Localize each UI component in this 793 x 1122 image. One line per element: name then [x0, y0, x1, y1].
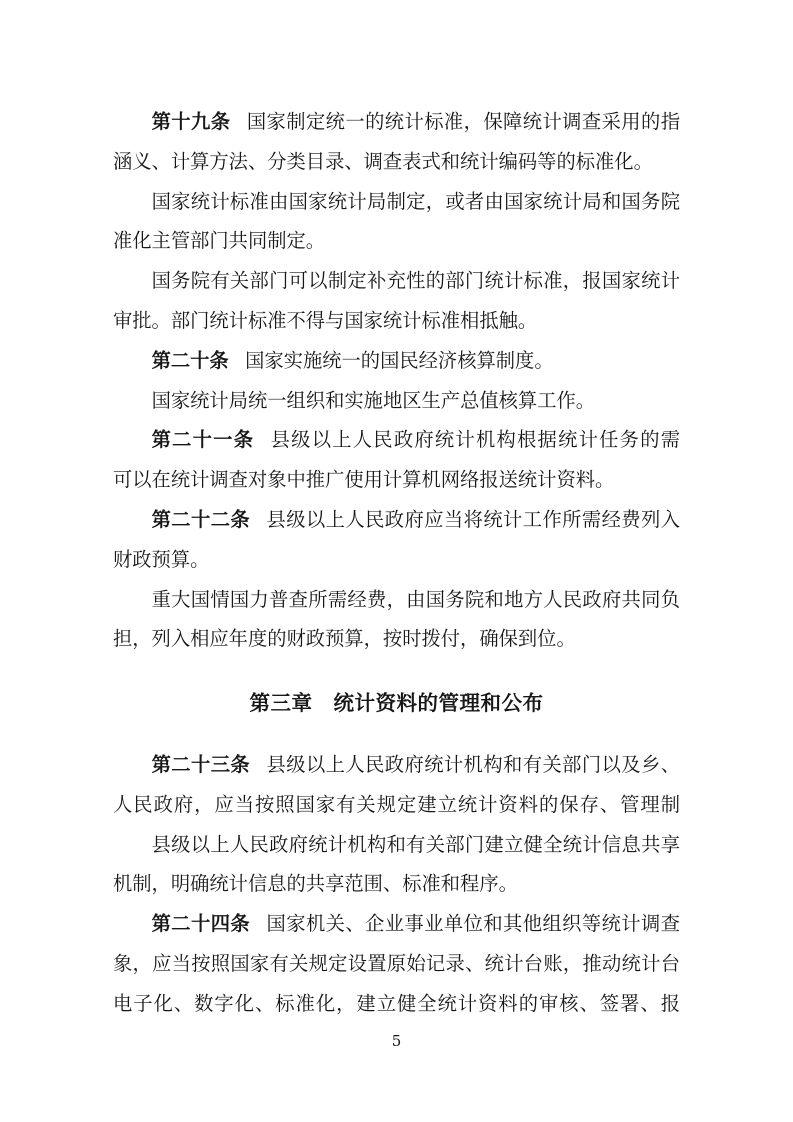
line-text: 重大国情国力普查所需经费，由国务院和地方人民政府共同负 — [152, 588, 680, 611]
text-line: 国务院有关部门可以制定补充性的部门统计标准，报国家统计局 — [113, 261, 680, 301]
line-text: 担，列入相应年度的财政预算，按时拨付，确保到位。 — [113, 627, 576, 650]
line-text: 人民政府，应当按照国家有关规定建立统计资料的保存、管理制度。 — [113, 793, 680, 825]
text-line: 准化主管部门共同制定。 — [113, 221, 680, 261]
text-line: 担，列入相应年度的财政预算，按时拨付，确保到位。 — [113, 619, 680, 659]
text-line: 第二十四条国家机关、企业事业单位和其他组织等统计调查对 — [113, 904, 680, 944]
document-body: 第十九条国家制定统一的统计标准，保障统计调查采用的指标涵义、计算方法、分类目录、… — [113, 102, 680, 1024]
line-text: 涵义、计算方法、分类目录、调查表式和统计编码等的标准化。 — [113, 150, 653, 173]
page-number: 5 — [0, 1030, 793, 1052]
text-line: 财政预算。 — [113, 540, 680, 580]
line-text: 审批。部门统计标准不得与国家统计标准相抵触。 — [113, 309, 537, 332]
text-line: 象，应当按照国家有关规定设置原始记录、统计台账，推动统计台账 — [113, 944, 680, 984]
line-text: 国家实施统一的国民经济核算制度。 — [245, 349, 554, 372]
line-text: 国家统计标准由国家统计局制定，或者由国家统计局和国务院标 — [113, 190, 680, 222]
article-number: 第二十一条 — [152, 428, 255, 451]
article-number: 第十九条 — [152, 110, 231, 133]
text-line: 第二十条国家实施统一的国民经济核算制度。 — [113, 341, 680, 381]
article-number: 第二十四条 — [152, 912, 251, 935]
document-page: 第十九条国家制定统一的统计标准，保障统计调查采用的指标涵义、计算方法、分类目录、… — [0, 0, 793, 1122]
line-text: 县级以上人民政府应当将统计工作所需经费列入 — [267, 508, 680, 531]
line-text: 国家统计局统一组织和实施地区生产总值核算工作。 — [152, 389, 595, 412]
text-line: 第二十三条县级以上人民政府统计机构和有关部门以及乡、镇 — [113, 745, 680, 785]
chapter-heading: 第三章 统计资料的管理和公布 — [113, 684, 680, 724]
line-text: 电子化、数字化、标准化，建立健全统计资料的审核、签署、报送、 — [113, 992, 680, 1024]
text-line: 国家统计标准由国家统计局制定，或者由国家统计局和国务院标 — [113, 182, 680, 222]
text-line: 可以在统计调查对象中推广使用计算机网络报送统计资料。 — [113, 460, 680, 500]
article-number: 第二十三条 — [152, 753, 251, 776]
line-text: 准化主管部门共同制定。 — [113, 229, 325, 252]
text-line: 电子化、数字化、标准化，建立健全统计资料的审核、签署、报送、 — [113, 984, 680, 1024]
text-line: 人民政府，应当按照国家有关规定建立统计资料的保存、管理制度。 — [113, 785, 680, 825]
text-line: 第二十二条县级以上人民政府应当将统计工作所需经费列入 — [113, 500, 680, 540]
line-text: 机制，明确统计信息的共享范围、标准和程序。 — [113, 872, 518, 895]
line-text: 县级以上人民政府统计机构和有关部门建立健全统计信息共享 — [152, 833, 680, 856]
text-line: 重大国情国力普查所需经费，由国务院和地方人民政府共同负 — [113, 580, 680, 620]
text-line: 涵义、计算方法、分类目录、调查表式和统计编码等的标准化。 — [113, 142, 680, 182]
line-text: 财政预算。 — [113, 548, 209, 571]
line-text: 象，应当按照国家有关规定设置原始记录、统计台账，推动统计台账 — [113, 952, 680, 984]
line-text: 可以在统计调查对象中推广使用计算机网络报送统计资料。 — [113, 468, 614, 491]
text-line: 第二十一条县级以上人民政府统计机构根据统计任务的需要， — [113, 420, 680, 460]
article-number: 第二十条 — [152, 349, 229, 372]
text-line: 县级以上人民政府统计机构和有关部门建立健全统计信息共享 — [113, 825, 680, 865]
text-line: 机制，明确统计信息的共享范围、标准和程序。 — [113, 864, 680, 904]
text-line: 审批。部门统计标准不得与国家统计标准相抵触。 — [113, 301, 680, 341]
text-line: 第十九条国家制定统一的统计标准，保障统计调查采用的指标 — [113, 102, 680, 142]
line-text: 国务院有关部门可以制定补充性的部门统计标准，报国家统计局 — [113, 269, 680, 301]
text-line: 国家统计局统一组织和实施地区生产总值核算工作。 — [113, 381, 680, 421]
article-number: 第二十二条 — [152, 508, 251, 531]
